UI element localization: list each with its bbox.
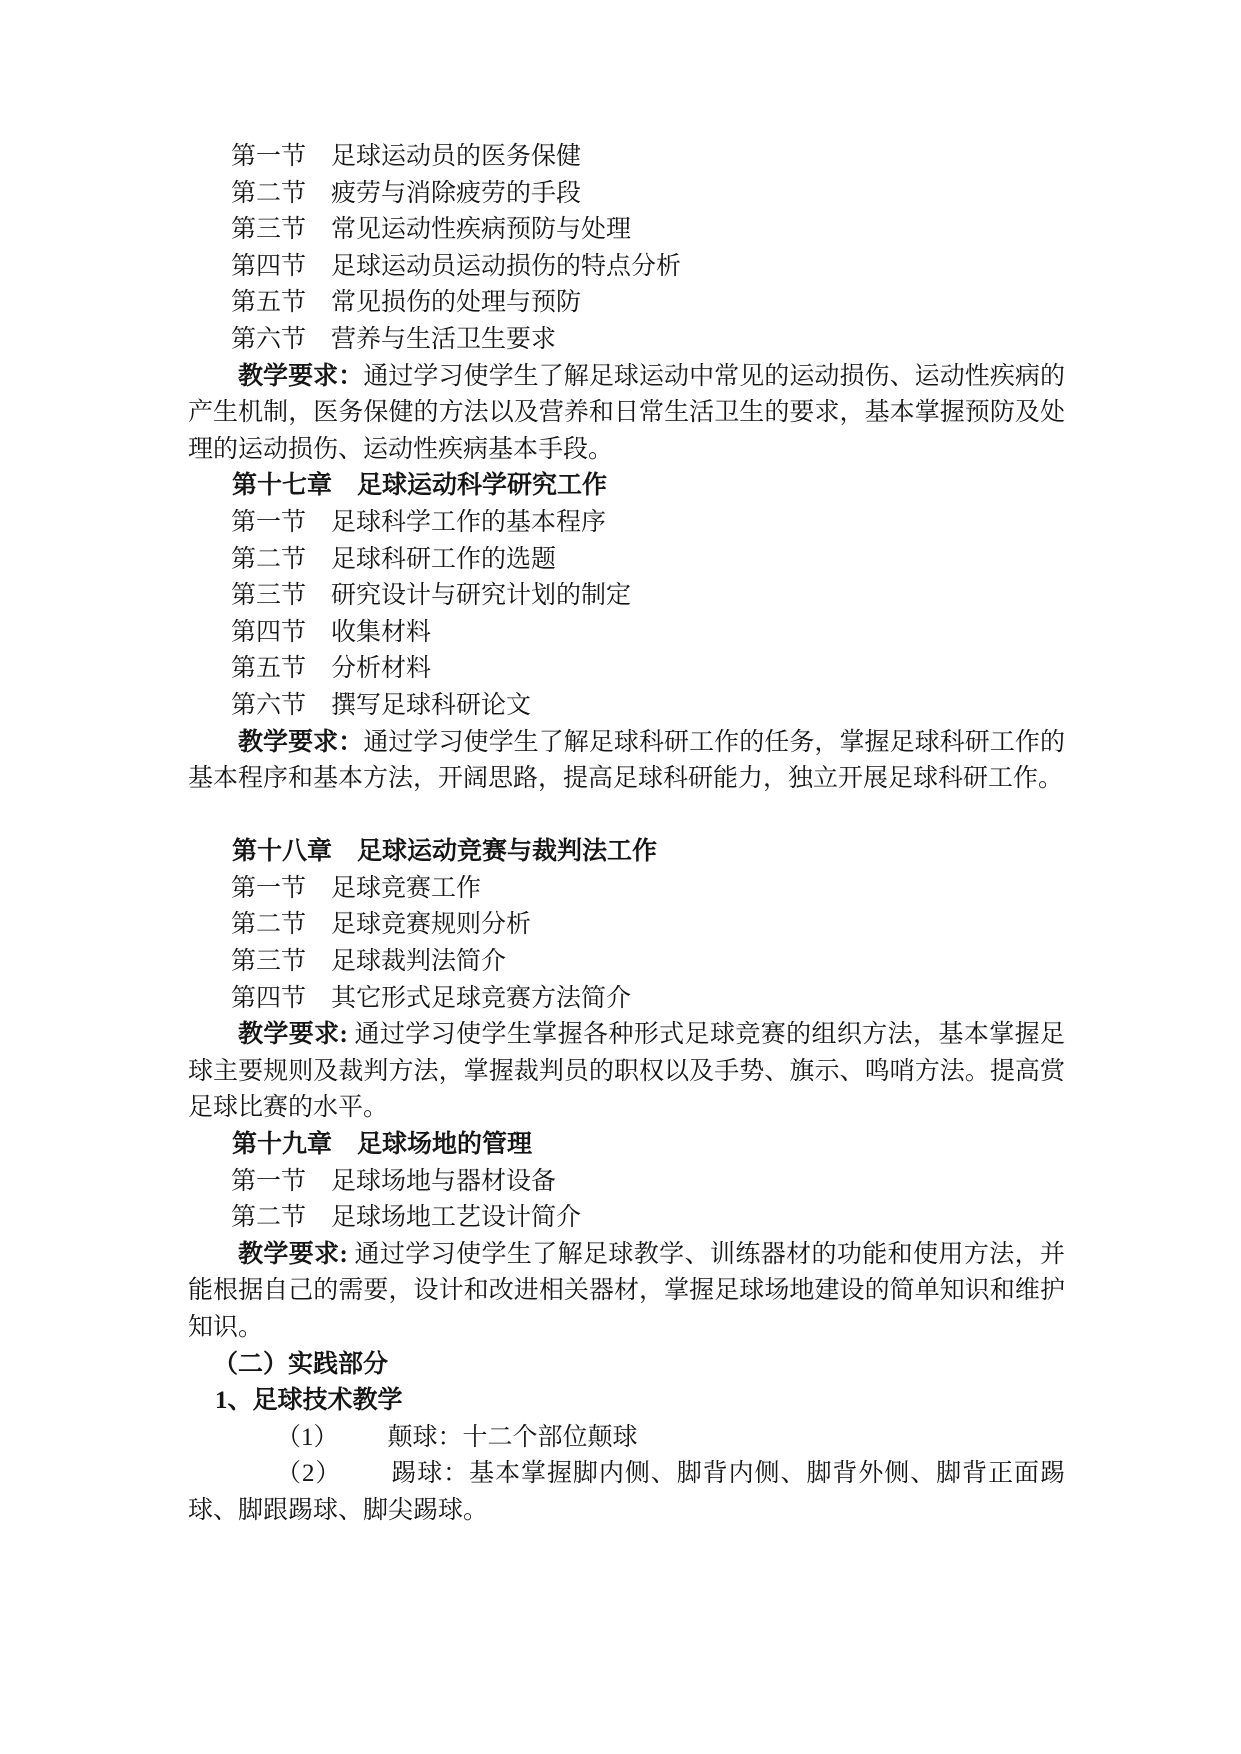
section-line: 第二节 疲劳与消除疲劳的手段: [188, 176, 1065, 213]
section-line: 第六节 营养与生活卫生要求: [188, 322, 1065, 359]
item-number: （2）: [276, 1460, 341, 1487]
requirement-label: 教学要求:: [238, 1241, 355, 1268]
section-line: 第四节 其它形式足球竞赛方法简介: [188, 981, 1065, 1018]
practice-part-heading: （二）实践部分: [188, 1347, 1065, 1384]
item-number: （1）: [276, 1424, 339, 1451]
document-content: 第一节 足球运动员的医务保健 第二节 疲劳与消除疲劳的手段 第三节 常见运动性疾…: [188, 139, 1065, 1530]
section-line: 第四节 收集材料: [188, 615, 1065, 652]
section-line: 第一节 足球运动员的医务保健: [188, 139, 1065, 176]
chapter-heading: 第十九章 足球场地的管理: [188, 1127, 1065, 1164]
requirement-label: 教学要求：: [238, 363, 363, 390]
document-page: 第一节 足球运动员的医务保健 第二节 疲劳与消除疲劳的手段 第三节 常见运动性疾…: [0, 0, 1241, 1754]
section-line: 第二节 足球竞赛规则分析: [188, 907, 1065, 944]
practice-subheading: 1、足球技术教学: [188, 1383, 1065, 1420]
requirement-label: 教学要求:: [238, 1021, 355, 1048]
practice-item: （2）踢球：基本掌握脚内侧、脚背内侧、脚背外侧、脚背正面踢球、脚跟踢球、脚尖踢球…: [188, 1456, 1065, 1529]
section-line: 第五节 常见损伤的处理与预防: [188, 285, 1065, 322]
chapter-heading: 第十七章 足球运动科学研究工作: [188, 468, 1065, 505]
teaching-requirement-paragraph: 教学要求：通过学习使学生了解足球运动中常见的运动损伤、运动性疾病的产生机制，医务…: [188, 359, 1065, 469]
section-line: 第三节 足球裁判法简介: [188, 944, 1065, 981]
section-line: 第四节 足球运动员运动损伤的特点分析: [188, 249, 1065, 286]
section-line: 第一节 足球场地与器材设备: [188, 1164, 1065, 1201]
teaching-requirement-paragraph: 教学要求: 通过学习使学生掌握各种形式足球竞赛的组织方法，基本掌握足球主要规则及…: [188, 1017, 1065, 1127]
section-line: 第一节 足球科学工作的基本程序: [188, 505, 1065, 542]
section-line: 第六节 撰写足球科研论文: [188, 688, 1065, 725]
section-line: 第二节 足球科研工作的选题: [188, 542, 1065, 579]
teaching-requirement-paragraph: 教学要求: 通过学习使学生了解足球教学、训练器材的功能和使用方法，并能根据自己的…: [188, 1237, 1065, 1347]
section-line: 第三节 常见运动性疾病预防与处理: [188, 212, 1065, 249]
requirement-label: 教学要求：: [238, 729, 363, 756]
section-line: 第一节 足球竞赛工作: [188, 871, 1065, 908]
section-line: 第二节 足球场地工艺设计简介: [188, 1200, 1065, 1237]
teaching-requirement-paragraph: 教学要求：通过学习使学生了解足球科研工作的任务，掌握足球科研工作的基本程序和基本…: [188, 725, 1065, 798]
chapter-heading: 第十八章 足球运动竞赛与裁判法工作: [188, 834, 1065, 871]
section-line: 第五节 分析材料: [188, 651, 1065, 688]
practice-item: （1）颠球：十二个部位颠球: [188, 1420, 1065, 1457]
blank-line: [188, 798, 1065, 835]
section-line: 第三节 研究设计与研究计划的制定: [188, 578, 1065, 615]
item-text: 颠球：十二个部位颠球: [388, 1424, 638, 1451]
